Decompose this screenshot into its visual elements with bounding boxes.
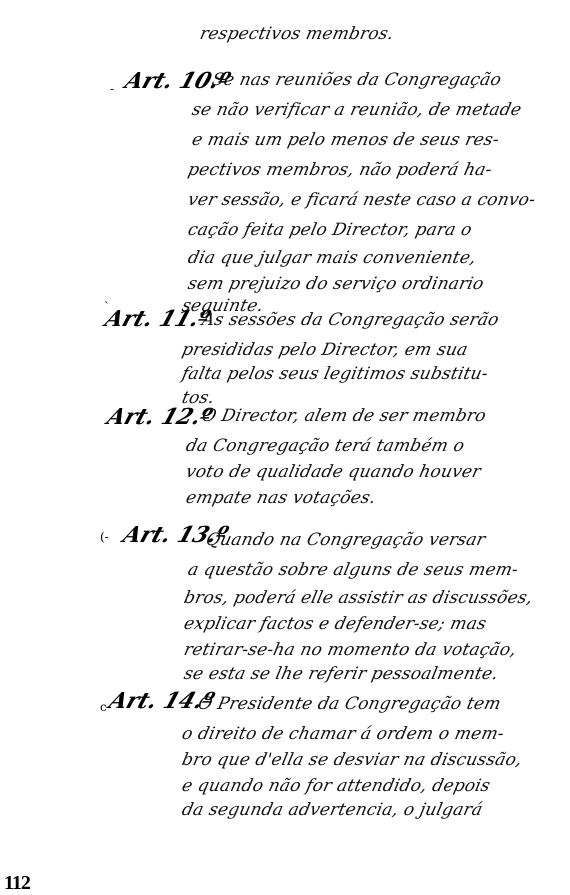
carryover-line: respectivos membros. (198, 24, 396, 44)
article-11-line-1: As sessões da Congregação serão (200, 310, 501, 330)
article-label-11: Art. 11.º (102, 306, 214, 332)
article-13-line-6: se esta se lhe referir pessoalmente. (182, 664, 500, 684)
article-10-line-6: cação feita pelo Director, para o (186, 220, 474, 240)
page-number: 112 (4, 872, 30, 895)
article-10-line-1: Se nas reuniões da Congregação (210, 70, 503, 90)
article-14-line-5: da segunda advertencia, o julgará (180, 800, 484, 820)
article-12-line-3: voto de qualidade quando houver (184, 462, 483, 482)
article-11-line-2: presididas pelo Director, em sua (180, 340, 470, 360)
article-10-line-4: pectivos membros, não poderá ha- (186, 160, 494, 180)
article-13-line-2: a questão sobre alguns de seus mem- (186, 560, 520, 580)
article-13-line-4: explicar factos e defender-se; mas (182, 614, 488, 634)
margin-mark: - (110, 82, 114, 96)
article-11-line-3: falta pelos seus legitimos substitu- (180, 364, 490, 384)
article-12-line-1: O Director, alem de ser membro (200, 406, 488, 426)
article-10-line-2: se não verificar a reunião, de metade (190, 100, 523, 120)
manuscript-page: respectivos membros. - Art. 10.º Se nas … (0, 0, 570, 895)
article-14-line-2: o direito de chamar á ordem o mem- (180, 724, 506, 744)
article-13-line-3: bros, poderá elle assistir as discussões… (182, 588, 535, 608)
article-10-line-5: ver sessão, e ficará neste caso a convo- (186, 190, 537, 210)
article-13-line-1: Quando na Congregação versar (204, 530, 487, 550)
article-10-line-8: sem prejuizo do serviço ordinario (186, 274, 486, 294)
article-label-12: Art. 12.º (104, 404, 216, 430)
article-14-line-1: O Presidente da Congregação tem (196, 694, 503, 714)
margin-mark: (- (100, 530, 109, 544)
article-12-line-4: empate nas votações. (184, 488, 378, 508)
article-14-line-3: bro que d'ella se desviar na discussão, (180, 750, 524, 770)
article-14-line-4: e quando não for attendido, depois (180, 776, 492, 796)
article-10-line-3: e mais um pelo menos de seus res- (190, 130, 501, 150)
article-12-line-2: da Congregação terá também o (184, 436, 466, 456)
article-13-line-5: retirar-se-ha no momento da votação, (182, 640, 518, 660)
article-10-line-7: dia que julgar mais conveniente, (186, 248, 478, 268)
